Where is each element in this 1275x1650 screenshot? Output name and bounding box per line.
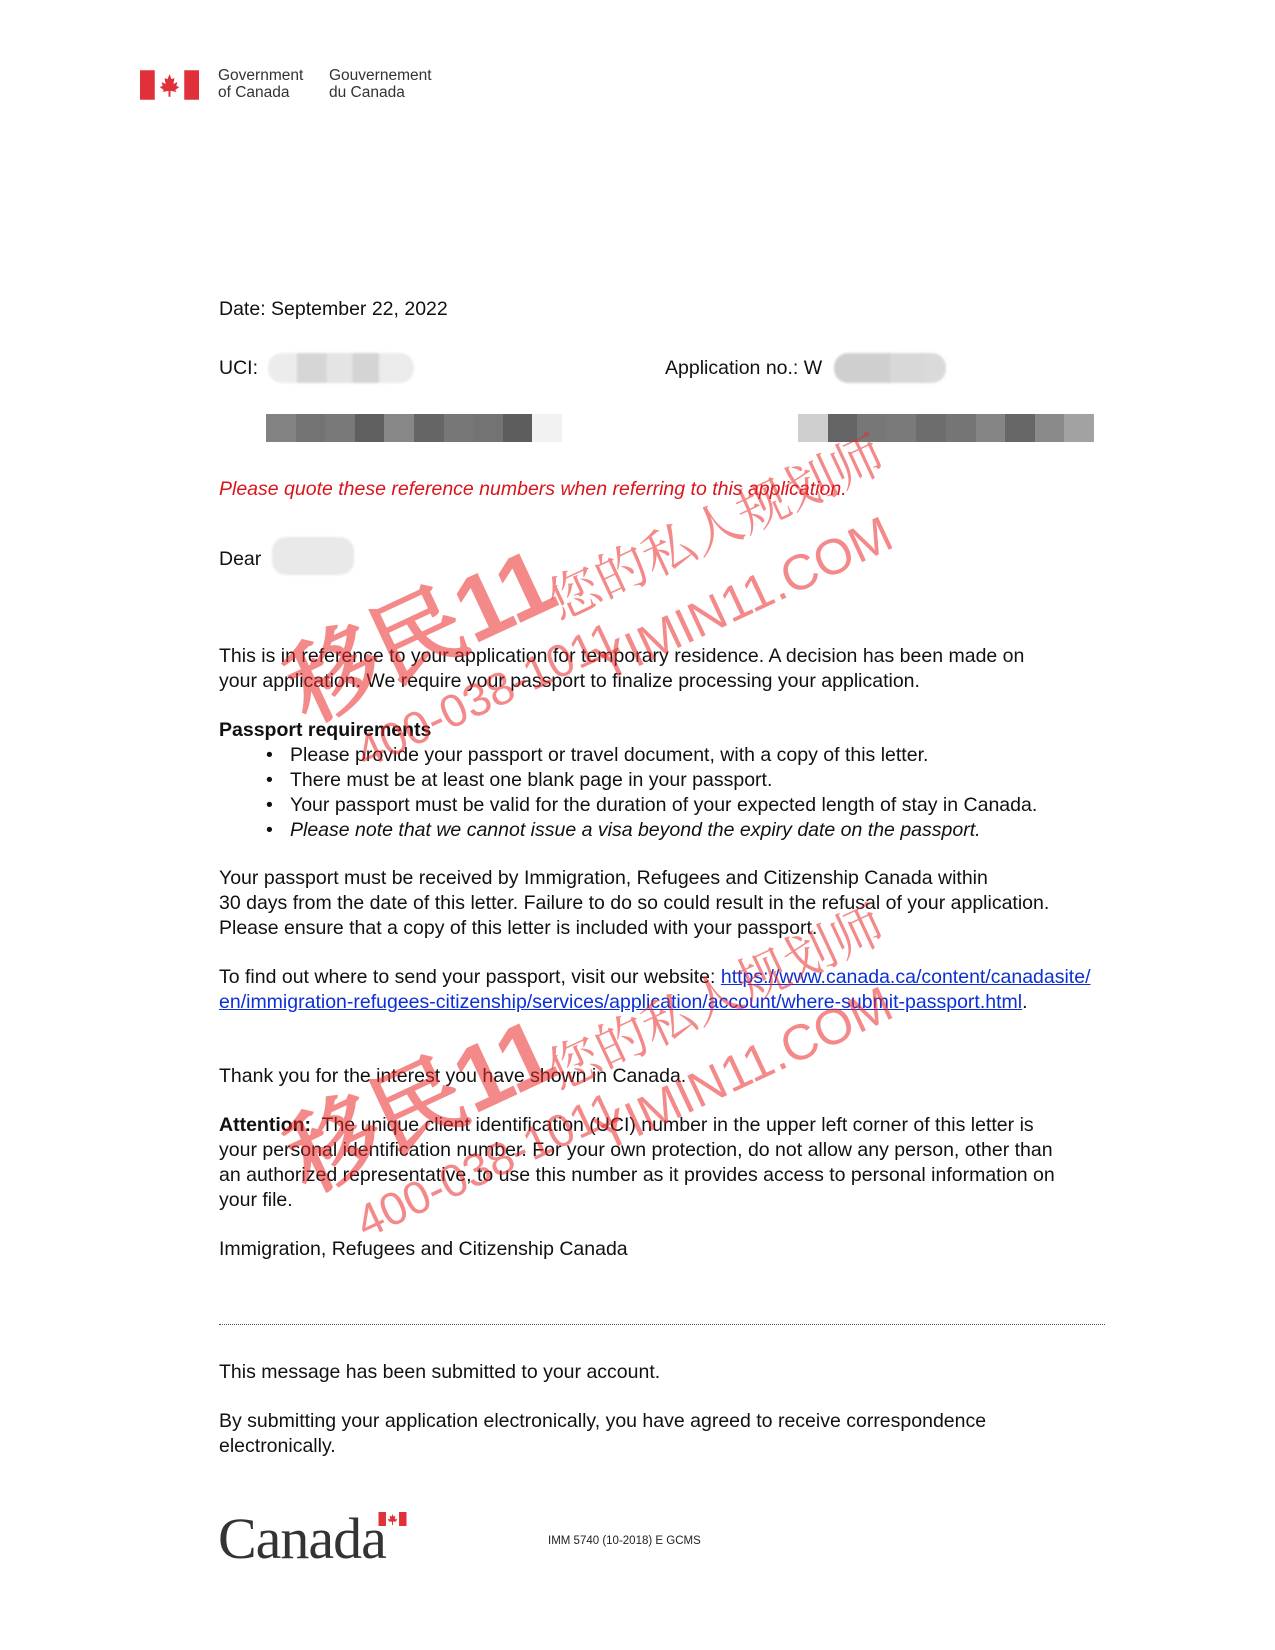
bullet-icon: •: [266, 818, 273, 843]
requirement-text: Your passport must be valid for the dura…: [290, 793, 1037, 818]
bullet-icon: •: [266, 768, 273, 793]
gov-fr-line2: du Canada: [329, 84, 432, 101]
requirement-text: Please note that we cannot issue a visa …: [290, 818, 981, 843]
website-line-1: To find out where to send your passport,…: [219, 965, 1091, 990]
website-intro: To find out where to send your passport,…: [219, 966, 721, 988]
gov-en-line1: Government: [218, 67, 303, 84]
uci-label: UCI:: [219, 356, 258, 381]
attention-line-1: Attention: The unique client identificat…: [219, 1113, 1034, 1138]
bullet-icon: •: [266, 793, 273, 818]
uci-redacted: [268, 353, 414, 383]
intro-line-2: your application. We require your passpo…: [219, 669, 920, 694]
website-period: .: [1022, 991, 1027, 1013]
electronic-line-1: By submitting your application electroni…: [219, 1409, 986, 1434]
gov-en-signature: Government of Canada: [218, 67, 303, 101]
canada-wordmark-flag-icon: [378, 1512, 407, 1526]
attention-text-1: The unique client identification (UCI) n…: [322, 1114, 1034, 1136]
requirement-text: There must be at least one blank page in…: [290, 768, 772, 793]
deadline-line-2: 30 days from the date of this letter. Fa…: [219, 891, 1049, 916]
gov-fr-signature: Gouvernement du Canada: [329, 67, 432, 101]
application-label: Application no.:: [665, 357, 798, 379]
where-submit-passport-link[interactable]: https://www.canada.ca/content/canadasite…: [721, 966, 1091, 988]
attention-line-3: an authorized representative, to use thi…: [219, 1163, 1055, 1188]
deadline-line-3: Please ensure that a copy of this letter…: [219, 916, 817, 941]
intro-line-1: This is in reference to your application…: [219, 644, 1024, 669]
where-submit-passport-link-cont[interactable]: en/immigration-refugees-citizenship/serv…: [219, 991, 1022, 1013]
attention-line-2: your personal identification number. For…: [219, 1138, 1053, 1163]
salutation: Dear: [219, 547, 261, 572]
application-line: Application no.: W: [665, 356, 822, 381]
requirements-heading: Passport requirements: [219, 718, 431, 743]
reference-notice: Please quote these reference numbers whe…: [219, 477, 847, 502]
bullet-icon: •: [266, 743, 273, 768]
thanks-line: Thank you for the interest you have show…: [219, 1064, 686, 1089]
date-label: Date:: [219, 298, 266, 320]
date-line: Date: September 22, 2022: [219, 297, 448, 322]
application-barcode-redacted: [798, 414, 1094, 442]
date-value: September 22, 2022: [271, 298, 448, 320]
canada-wordmark: Canada: [218, 1505, 386, 1572]
uci-barcode-redacted: [266, 414, 562, 442]
canada-flag-icon: [140, 70, 199, 100]
requirement-text: Please provide your passport or travel d…: [290, 743, 928, 768]
application-redacted: [834, 353, 946, 383]
website-line-2: en/immigration-refugees-citizenship/serv…: [219, 990, 1028, 1015]
application-prefix: W: [804, 357, 822, 379]
separator-dotted: [219, 1324, 1105, 1325]
recipient-name-redacted: [272, 537, 354, 575]
attention-label: Attention:: [219, 1114, 311, 1136]
signature: Immigration, Refugees and Citizenship Ca…: [219, 1237, 628, 1262]
gov-en-line2: of Canada: [218, 84, 303, 101]
watermark-tagline: 您的私人规划师: [533, 413, 895, 635]
electronic-line-2: electronically.: [219, 1434, 336, 1459]
attention-line-4: your file.: [219, 1188, 293, 1213]
deadline-line-1: Your passport must be received by Immigr…: [219, 866, 988, 891]
gov-fr-line1: Gouvernement: [329, 67, 432, 84]
form-number: IMM 5740 (10-2018) E GCMS: [548, 1535, 701, 1547]
submitted-notice: This message has been submitted to your …: [219, 1360, 660, 1385]
